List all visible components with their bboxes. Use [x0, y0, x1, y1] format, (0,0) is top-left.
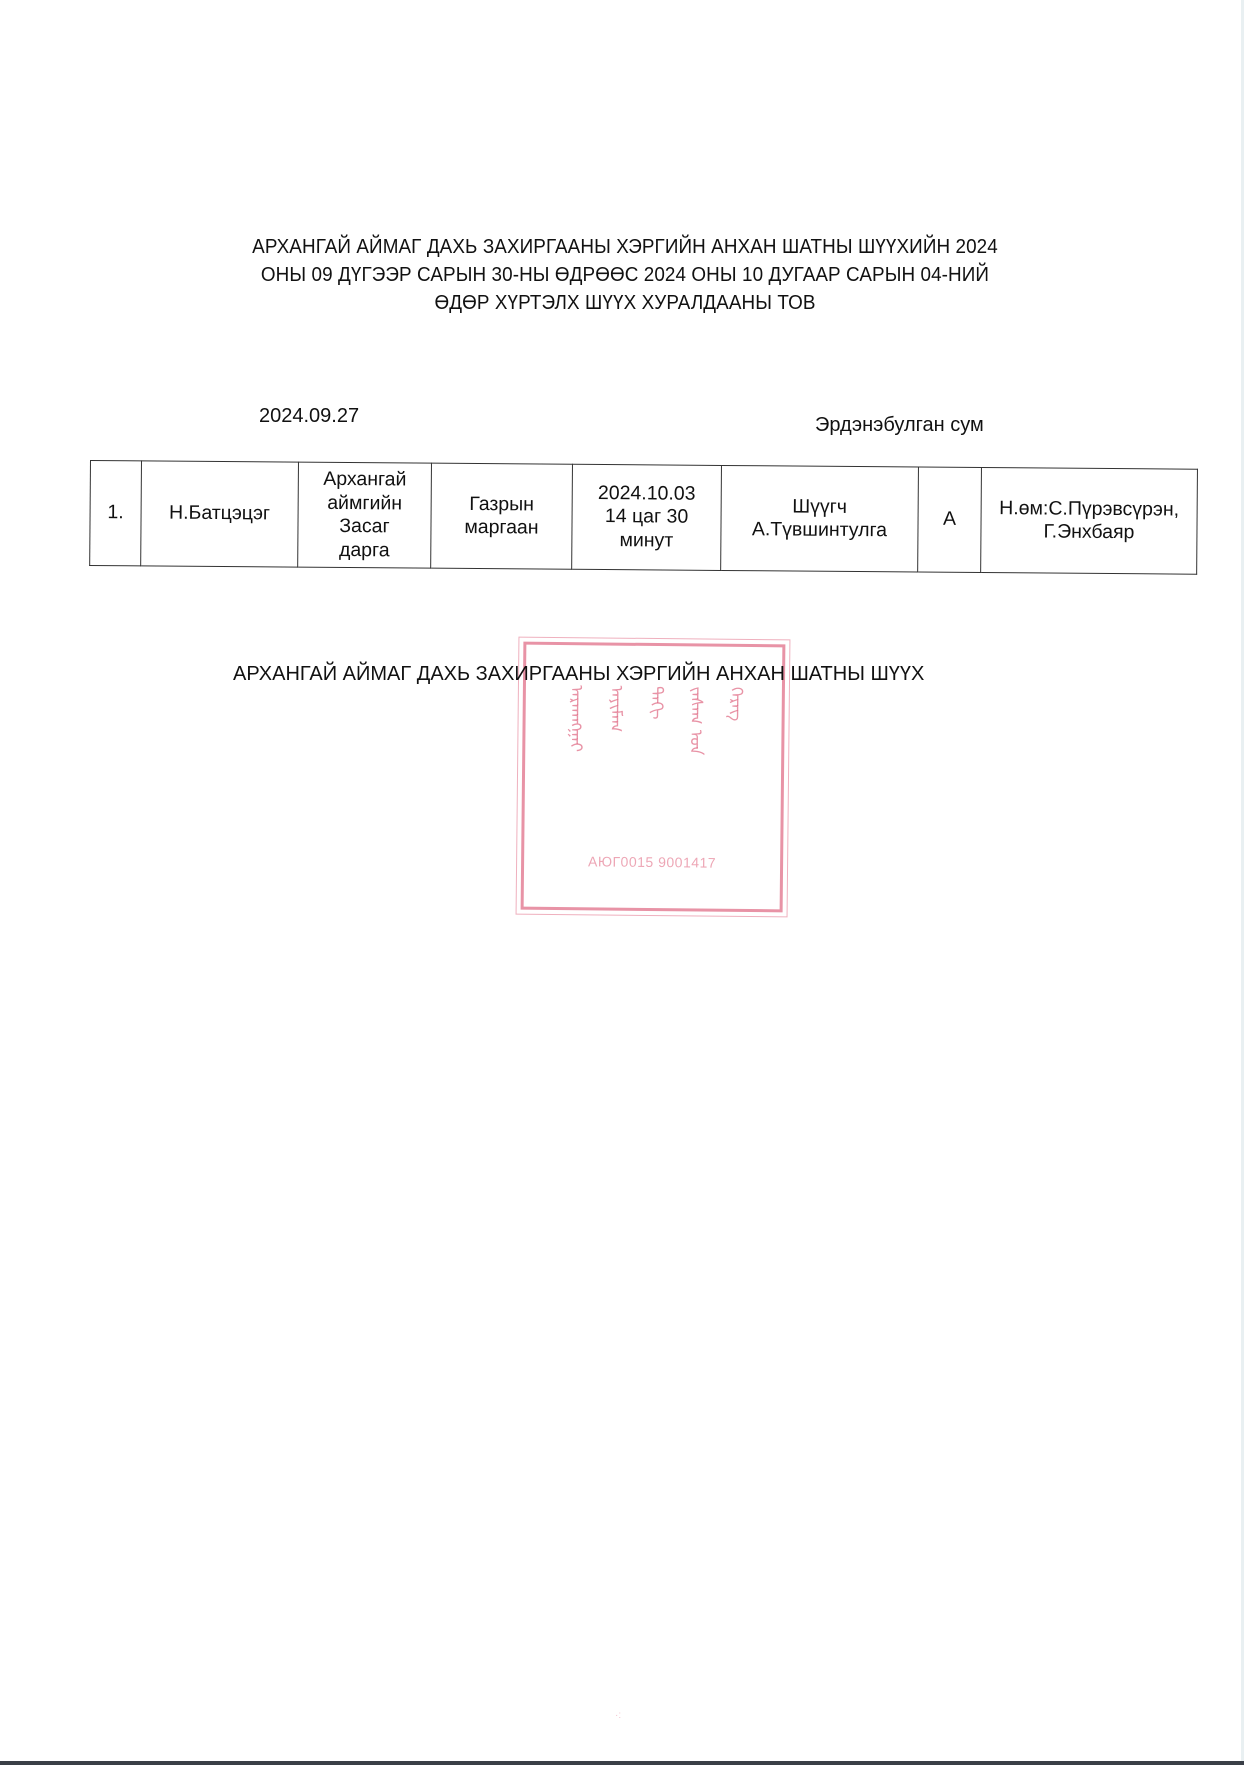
- hearing-schedule-table: 1. Н.Батцэцэг Архангай аймгийн Засаг дар…: [89, 460, 1198, 575]
- scan-edge-bottom: [0, 1761, 1244, 1765]
- issuing-court: АРХАНГАЙ АЙМАГ ДАХЬ ЗАХИРГААНЫ ХЭРГИЙН А…: [233, 663, 924, 686]
- cell-room: А: [918, 467, 982, 572]
- table-row: 1. Н.Батцэцэг Архангай аймгийн Засаг дар…: [90, 461, 1198, 575]
- stamp-mongolian-script: ᠠᠷᠬᠠᠩᠭᠠᠢ ᠠᠶᠢᠮᠠᠭ ᠳᠠᠬᠢ ᠵᠠᠰᠠᠭ ᠤᠨ ᠬᠡᠷᠡᠭ: [554, 685, 756, 847]
- cell-representatives: Н.өм:С.Пүрэвсүрэн, Г.Энхбаяр: [981, 468, 1198, 575]
- document-title: АРХАНГАЙ АЙМАГ ДАХЬ ЗАХИРГААНЫ ХЭРГИЙН А…: [188, 233, 1062, 317]
- title-line-3: ӨДӨР ХҮРТЭЛХ ШҮҮХ ХУРАЛДААНЫ ТОВ: [188, 289, 1062, 317]
- document-date: 2024.09.27: [259, 405, 359, 428]
- cell-plaintiff: Н.Батцэцэг: [141, 461, 299, 567]
- stamp-serial: АЮГ0015 9001417: [524, 853, 780, 872]
- title-line-2: ОНЫ 09 ДҮГЭЭР САРЫН 30-НЫ ӨДРӨӨС 2024 ОН…: [188, 261, 1062, 289]
- cell-number: 1.: [90, 461, 142, 566]
- document-place: Эрдэнэбулган сум: [815, 414, 984, 437]
- title-line-1: АРХАНГАЙ АЙМАГ ДАХЬ ЗАХИРГААНЫ ХЭРГИЙН А…: [188, 233, 1062, 261]
- cell-datetime: 2024.10.03 14 цаг 30 минут: [572, 464, 722, 570]
- cell-defendant: Архангай аймгийн Засаг дарга: [298, 462, 432, 568]
- cell-dispute: Газрын маргаан: [431, 463, 573, 569]
- scan-artifact: ·:: [615, 1710, 633, 1730]
- cell-judge: Шүүгч А.Түвшинтулга: [721, 465, 919, 572]
